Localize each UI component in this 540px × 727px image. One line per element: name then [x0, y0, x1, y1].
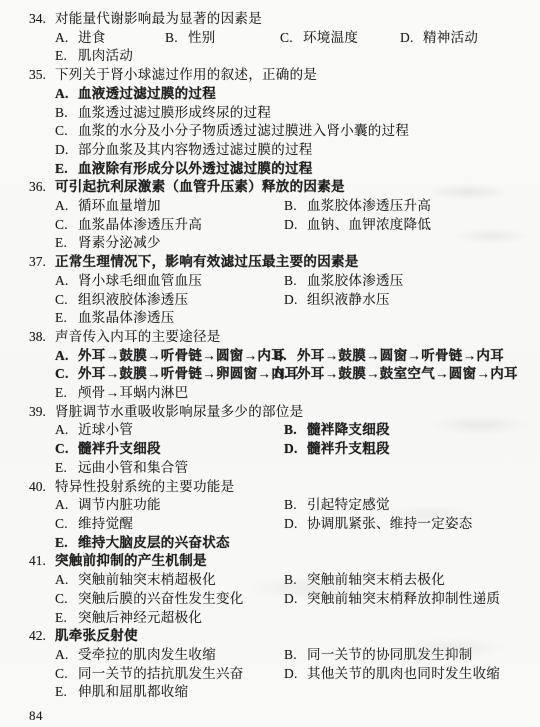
question-header: 35.下列关于肾小球滤过作用的叙述，正确的是: [29, 66, 528, 85]
option: E.伸肌和屈肌都收缩: [55, 683, 528, 702]
option: A.肾小球毛细血管血压: [55, 272, 284, 291]
option-text: 同一关节的协同肌发生抑制: [307, 647, 473, 662]
option: C.组织液胶体渗透压: [55, 291, 284, 310]
option: B.血浆透过滤过膜形成终尿的过程: [55, 104, 528, 123]
options: A.外耳→鼓膜→听骨链→圆窗→内耳B.外耳→鼓膜→圆窗→听骨链→内耳C.外耳→鼓…: [55, 347, 528, 403]
option-text: 外耳→鼓膜→鼓室空气→圆窗→内耳: [297, 366, 518, 381]
option-text: 血浆的水分及小分子物质透过滤过膜进入肾小囊的过程: [78, 123, 409, 138]
option: E.维持大脑皮层的兴奋状态: [55, 534, 528, 553]
question-number: 35.: [29, 66, 55, 85]
option-label: A.: [55, 496, 78, 515]
option-label: A.: [55, 272, 78, 291]
option-text: 近球小管: [78, 422, 133, 437]
option: C.维持觉醒: [55, 515, 284, 534]
option-label: E.: [55, 609, 78, 628]
question-35: 35.下列关于肾小球滤过作用的叙述，正确的是A.血液透过滤过膜的过程B.血浆透过…: [29, 66, 528, 178]
option-label: A.: [55, 29, 78, 48]
question-number: 36.: [29, 178, 55, 197]
option: A.近球小管: [55, 421, 284, 440]
option-text: 血浆晶体渗透压升高: [78, 217, 202, 232]
option-label: D.: [284, 665, 307, 684]
option-text: 维持大脑皮层的兴奋状态: [78, 535, 230, 550]
option: D.其他关节的肌肉也同时发生收缩: [284, 665, 528, 684]
option-text: 血钠、血钾浓度降低: [307, 217, 431, 232]
option-text: 环境温度: [303, 30, 358, 45]
question-header: 34.对能量代谢影响最为显著的因素是: [29, 10, 528, 29]
option-label: D.: [284, 291, 307, 310]
option-text: 血浆胶体渗透压: [307, 273, 404, 288]
question-41: 41.突触前抑制的产生机制是A.突触前轴突末梢超极化B.突触前轴突末梢去极化C.…: [29, 552, 528, 627]
option: C.环境温度: [280, 29, 400, 48]
option-label: C.: [55, 291, 78, 310]
option-text: 髓袢降支细段: [307, 422, 390, 437]
options: A.进食B.性别C.环境温度D.精神活动E.肌肉活动: [55, 29, 528, 66]
question-header: 38.声音传入内耳的主要途径是: [29, 328, 528, 347]
question-stem: 下列关于肾小球滤过作用的叙述，正确的是: [55, 66, 528, 85]
option-label: D.: [274, 365, 297, 384]
option-label: D.: [400, 29, 423, 48]
option: C.突触后膜的兴奋性发生变化: [55, 590, 284, 609]
question-42: 42.肌牵张反射使A.受牵拉的肌肉发生收缩B.同一关节的协同肌发生抑制C.同一关…: [29, 627, 528, 702]
option-text: 髓袢升支细段: [78, 441, 161, 456]
options: A.循环血量增加B.血浆胶体渗透压升高C.血浆晶体渗透压升高D.血钠、血钾浓度降…: [55, 197, 528, 253]
question-stem: 肾脏调节水重吸收影响尿量多少的部位是: [55, 403, 528, 422]
option: A.调节内脏功能: [55, 496, 284, 515]
option-text: 受牵拉的肌肉发生收缩: [78, 647, 216, 662]
option-label: C.: [280, 29, 303, 48]
question-stem: 突触前抑制的产生机制是: [55, 552, 528, 571]
option-label: B.: [284, 496, 307, 515]
option-text: 肌肉活动: [78, 48, 133, 63]
option: B.外耳→鼓膜→圆窗→听骨链→内耳: [274, 347, 528, 366]
option-text: 协调肌紧张、维持一定姿态: [307, 516, 473, 531]
option: E.肌肉活动: [55, 47, 528, 66]
option-text: 血浆晶体渗透压: [78, 310, 175, 325]
option-text: 突触前轴突末梢去极化: [307, 572, 445, 587]
option-label: A.: [55, 197, 78, 216]
option-text: 突触后神经元超极化: [78, 610, 202, 625]
question-stem: 对能量代谢影响最为显著的因素是: [55, 10, 528, 29]
option: D.血钠、血钾浓度降低: [284, 216, 528, 235]
option-label: C.: [55, 590, 78, 609]
options: A.肾小球毛细血管血压B.血浆胶体渗透压C.组织液胶体渗透压D.组织液静水压E.…: [55, 272, 528, 328]
option-label: B.: [284, 646, 307, 665]
option-text: 突触后膜的兴奋性发生变化: [78, 591, 244, 606]
option: C.髓袢升支细段: [55, 440, 284, 459]
question-header: 39.肾脏调节水重吸收影响尿量多少的部位是: [29, 403, 528, 422]
option: D.部分血浆及其内容物透过滤过膜的过程: [55, 141, 528, 160]
options: A.调节内脏功能B.引起特定感觉C.维持觉醒D.协调肌紧张、维持一定姿态E.维持…: [55, 496, 528, 552]
question-stem: 声音传入内耳的主要途径是: [55, 328, 528, 347]
question-header: 40.特异性投射系统的主要功能是: [29, 478, 528, 497]
option-text: 调节内脏功能: [78, 497, 161, 512]
option: B.引起特定感觉: [284, 496, 528, 515]
option: A.突触前轴突末梢超极化: [55, 571, 284, 590]
option-label: C.: [55, 440, 78, 459]
option-text: 组织液胶体渗透压: [78, 292, 188, 307]
question-stem: 肌牵张反射使: [55, 627, 528, 646]
option-label: C.: [55, 515, 78, 534]
options: A.血液透过滤过膜的过程B.血浆透过滤过膜形成终尿的过程C.血浆的水分及小分子物…: [55, 85, 528, 179]
question-number: 34.: [29, 10, 55, 29]
question-34: 34.对能量代谢影响最为显著的因素是A.进食B.性别C.环境温度D.精神活动E.…: [29, 10, 528, 66]
question-header: 42.肌牵张反射使: [29, 627, 528, 646]
option-text: 性别: [188, 30, 216, 45]
question-36: 36.可引起抗利尿激素（血管升压素）释放的因素是A.循环血量增加B.血浆胶体渗透…: [29, 178, 528, 253]
option: A.受牵拉的肌肉发生收缩: [55, 646, 284, 665]
option-label: E.: [55, 384, 78, 403]
option: B.血浆胶体渗透压: [284, 272, 528, 291]
option-label: C.: [55, 365, 78, 384]
option-text: 外耳→鼓膜→圆窗→听骨链→内耳: [297, 348, 504, 363]
option: C.血浆的水分及小分子物质透过滤过膜进入肾小囊的过程: [55, 122, 528, 141]
option-text: 肾小球毛细血管血压: [78, 273, 202, 288]
option: A.进食: [55, 29, 165, 48]
option-text: 血液除有形成分以外透过滤过膜的过程: [78, 161, 313, 176]
option-label: A.: [55, 421, 78, 440]
question-number: 38.: [29, 328, 55, 347]
question-40: 40.特异性投射系统的主要功能是A.调节内脏功能B.引起特定感觉C.维持觉醒D.…: [29, 478, 528, 553]
option-text: 引起特定感觉: [307, 497, 390, 512]
option-text: 进食: [78, 30, 106, 45]
option-label: A.: [55, 646, 78, 665]
option-label: B.: [55, 104, 78, 123]
option: B.突触前轴突末梢去极化: [284, 571, 528, 590]
option: D.组织液静水压: [284, 291, 528, 310]
option-label: A.: [55, 85, 78, 104]
question-stem: 可引起抗利尿激素（血管升压素）释放的因素是: [55, 178, 528, 197]
option-label: E.: [55, 309, 78, 328]
question-number: 41.: [29, 552, 55, 571]
question-header: 37.正常生理情况下，影响有效滤过压最主要的因素是: [29, 253, 528, 272]
option-label: E.: [55, 459, 78, 478]
option-label: A.: [55, 571, 78, 590]
option-label: B.: [274, 347, 297, 366]
option: C.外耳→鼓膜→听骨链→卵圆窗→内耳: [55, 365, 274, 384]
option-label: D.: [55, 141, 78, 160]
option: B.髓袢降支细段: [284, 421, 528, 440]
option-text: 血浆胶体渗透压升高: [307, 198, 431, 213]
option-text: 血浆透过滤过膜形成终尿的过程: [78, 105, 271, 120]
options: A.受牵拉的肌肉发生收缩B.同一关节的协同肌发生抑制C.同一关节的拮抗肌发生兴奋…: [55, 646, 528, 702]
page-number: 84: [29, 708, 528, 724]
question-number: 37.: [29, 253, 55, 272]
option-label: D.: [284, 515, 307, 534]
option-text: 其他关节的肌肉也同时发生收缩: [307, 666, 500, 681]
option-text: 颅骨→耳蜗内淋巴: [78, 385, 188, 400]
option: D.髓袢升支粗段: [284, 440, 528, 459]
option-label: E.: [55, 534, 78, 553]
question-37: 37.正常生理情况下，影响有效滤过压最主要的因素是A.肾小球毛细血管血压B.血浆…: [29, 253, 528, 328]
option: B.血浆胶体渗透压升高: [284, 197, 528, 216]
option-text: 血液透过滤过膜的过程: [78, 86, 216, 101]
question-header: 36.可引起抗利尿激素（血管升压素）释放的因素是: [29, 178, 528, 197]
option: D.精神活动: [400, 29, 528, 48]
option: E.远曲小管和集合管: [55, 459, 528, 478]
option-label: E.: [55, 160, 78, 179]
option-text: 伸肌和屈肌都收缩: [78, 684, 188, 699]
option-label: B.: [165, 29, 188, 48]
question-number: 40.: [29, 478, 55, 497]
option: E.颅骨→耳蜗内淋巴: [55, 384, 528, 403]
option-label: D.: [284, 590, 307, 609]
option-text: 同一关节的拮抗肌发生兴奋: [78, 666, 244, 681]
option: E.血液除有形成分以外透过滤过膜的过程: [55, 160, 528, 179]
option-label: E.: [55, 47, 78, 66]
question-38: 38.声音传入内耳的主要途径是A.外耳→鼓膜→听骨链→圆窗→内耳B.外耳→鼓膜→…: [29, 328, 528, 403]
option-label: C.: [55, 216, 78, 235]
option-text: 组织液静水压: [307, 292, 390, 307]
option: E.血浆晶体渗透压: [55, 309, 528, 328]
question-stem: 特异性投射系统的主要功能是: [55, 478, 528, 497]
option: A.血液透过滤过膜的过程: [55, 85, 528, 104]
option-text: 部分血浆及其内容物透过滤过膜的过程: [78, 142, 313, 157]
option-text: 肾素分泌减少: [78, 235, 161, 250]
question-number: 39.: [29, 403, 55, 422]
option-text: 外耳→鼓膜→听骨链→卵圆窗→内耳: [78, 366, 299, 381]
option-text: 髓袢升支粗段: [307, 441, 390, 456]
option-text: 外耳→鼓膜→听骨链→圆窗→内耳: [78, 348, 285, 363]
option-text: 突触前轴突末梢释放抑制性递质: [307, 591, 500, 606]
option-label: E.: [55, 234, 78, 253]
option-label: C.: [55, 122, 78, 141]
options: A.近球小管B.髓袢降支细段C.髓袢升支细段D.髓袢升支粗段E.远曲小管和集合管: [55, 421, 528, 477]
options: A.突触前轴突末梢超极化B.突触前轴突末梢去极化C.突触后膜的兴奋性发生变化D.…: [55, 571, 528, 627]
option: A.循环血量增加: [55, 197, 284, 216]
option: C.同一关节的拮抗肌发生兴奋: [55, 665, 284, 684]
question-number: 42.: [29, 627, 55, 646]
option-label: D.: [284, 440, 307, 459]
option-label: C.: [55, 665, 78, 684]
option: D.协调肌紧张、维持一定姿态: [284, 515, 528, 534]
option-label: B.: [284, 571, 307, 590]
option-label: A.: [55, 347, 78, 366]
option: E.突触后神经元超极化: [55, 609, 528, 628]
option-text: 维持觉醒: [78, 516, 133, 531]
option-text: 突触前轴突末梢超极化: [78, 572, 216, 587]
option-label: B.: [284, 197, 307, 216]
option-label: D.: [284, 216, 307, 235]
question-39: 39.肾脏调节水重吸收影响尿量多少的部位是A.近球小管B.髓袢降支细段C.髓袢升…: [29, 403, 528, 478]
option-label: B.: [284, 421, 307, 440]
option: B.同一关节的协同肌发生抑制: [284, 646, 528, 665]
option-label: B.: [284, 272, 307, 291]
exam-page: 34.对能量代谢影响最为显著的因素是A.进食B.性别C.环境温度D.精神活动E.…: [0, 0, 540, 727]
option-text: 循环血量增加: [78, 198, 161, 213]
question-stem: 正常生理情况下，影响有效滤过压最主要的因素是: [55, 253, 528, 272]
option-text: 精神活动: [423, 30, 478, 45]
option: B.性别: [165, 29, 280, 48]
question-list: 34.对能量代谢影响最为显著的因素是A.进食B.性别C.环境温度D.精神活动E.…: [29, 10, 528, 702]
option: C.血浆晶体渗透压升高: [55, 216, 284, 235]
option: D.外耳→鼓膜→鼓室空气→圆窗→内耳: [274, 365, 528, 384]
question-header: 41.突触前抑制的产生机制是: [29, 552, 528, 571]
option: D.突触前轴突末梢释放抑制性递质: [284, 590, 528, 609]
option-label: E.: [55, 683, 78, 702]
option-text: 远曲小管和集合管: [78, 460, 188, 475]
option: A.外耳→鼓膜→听骨链→圆窗→内耳: [55, 347, 274, 366]
option: E.肾素分泌减少: [55, 234, 528, 253]
